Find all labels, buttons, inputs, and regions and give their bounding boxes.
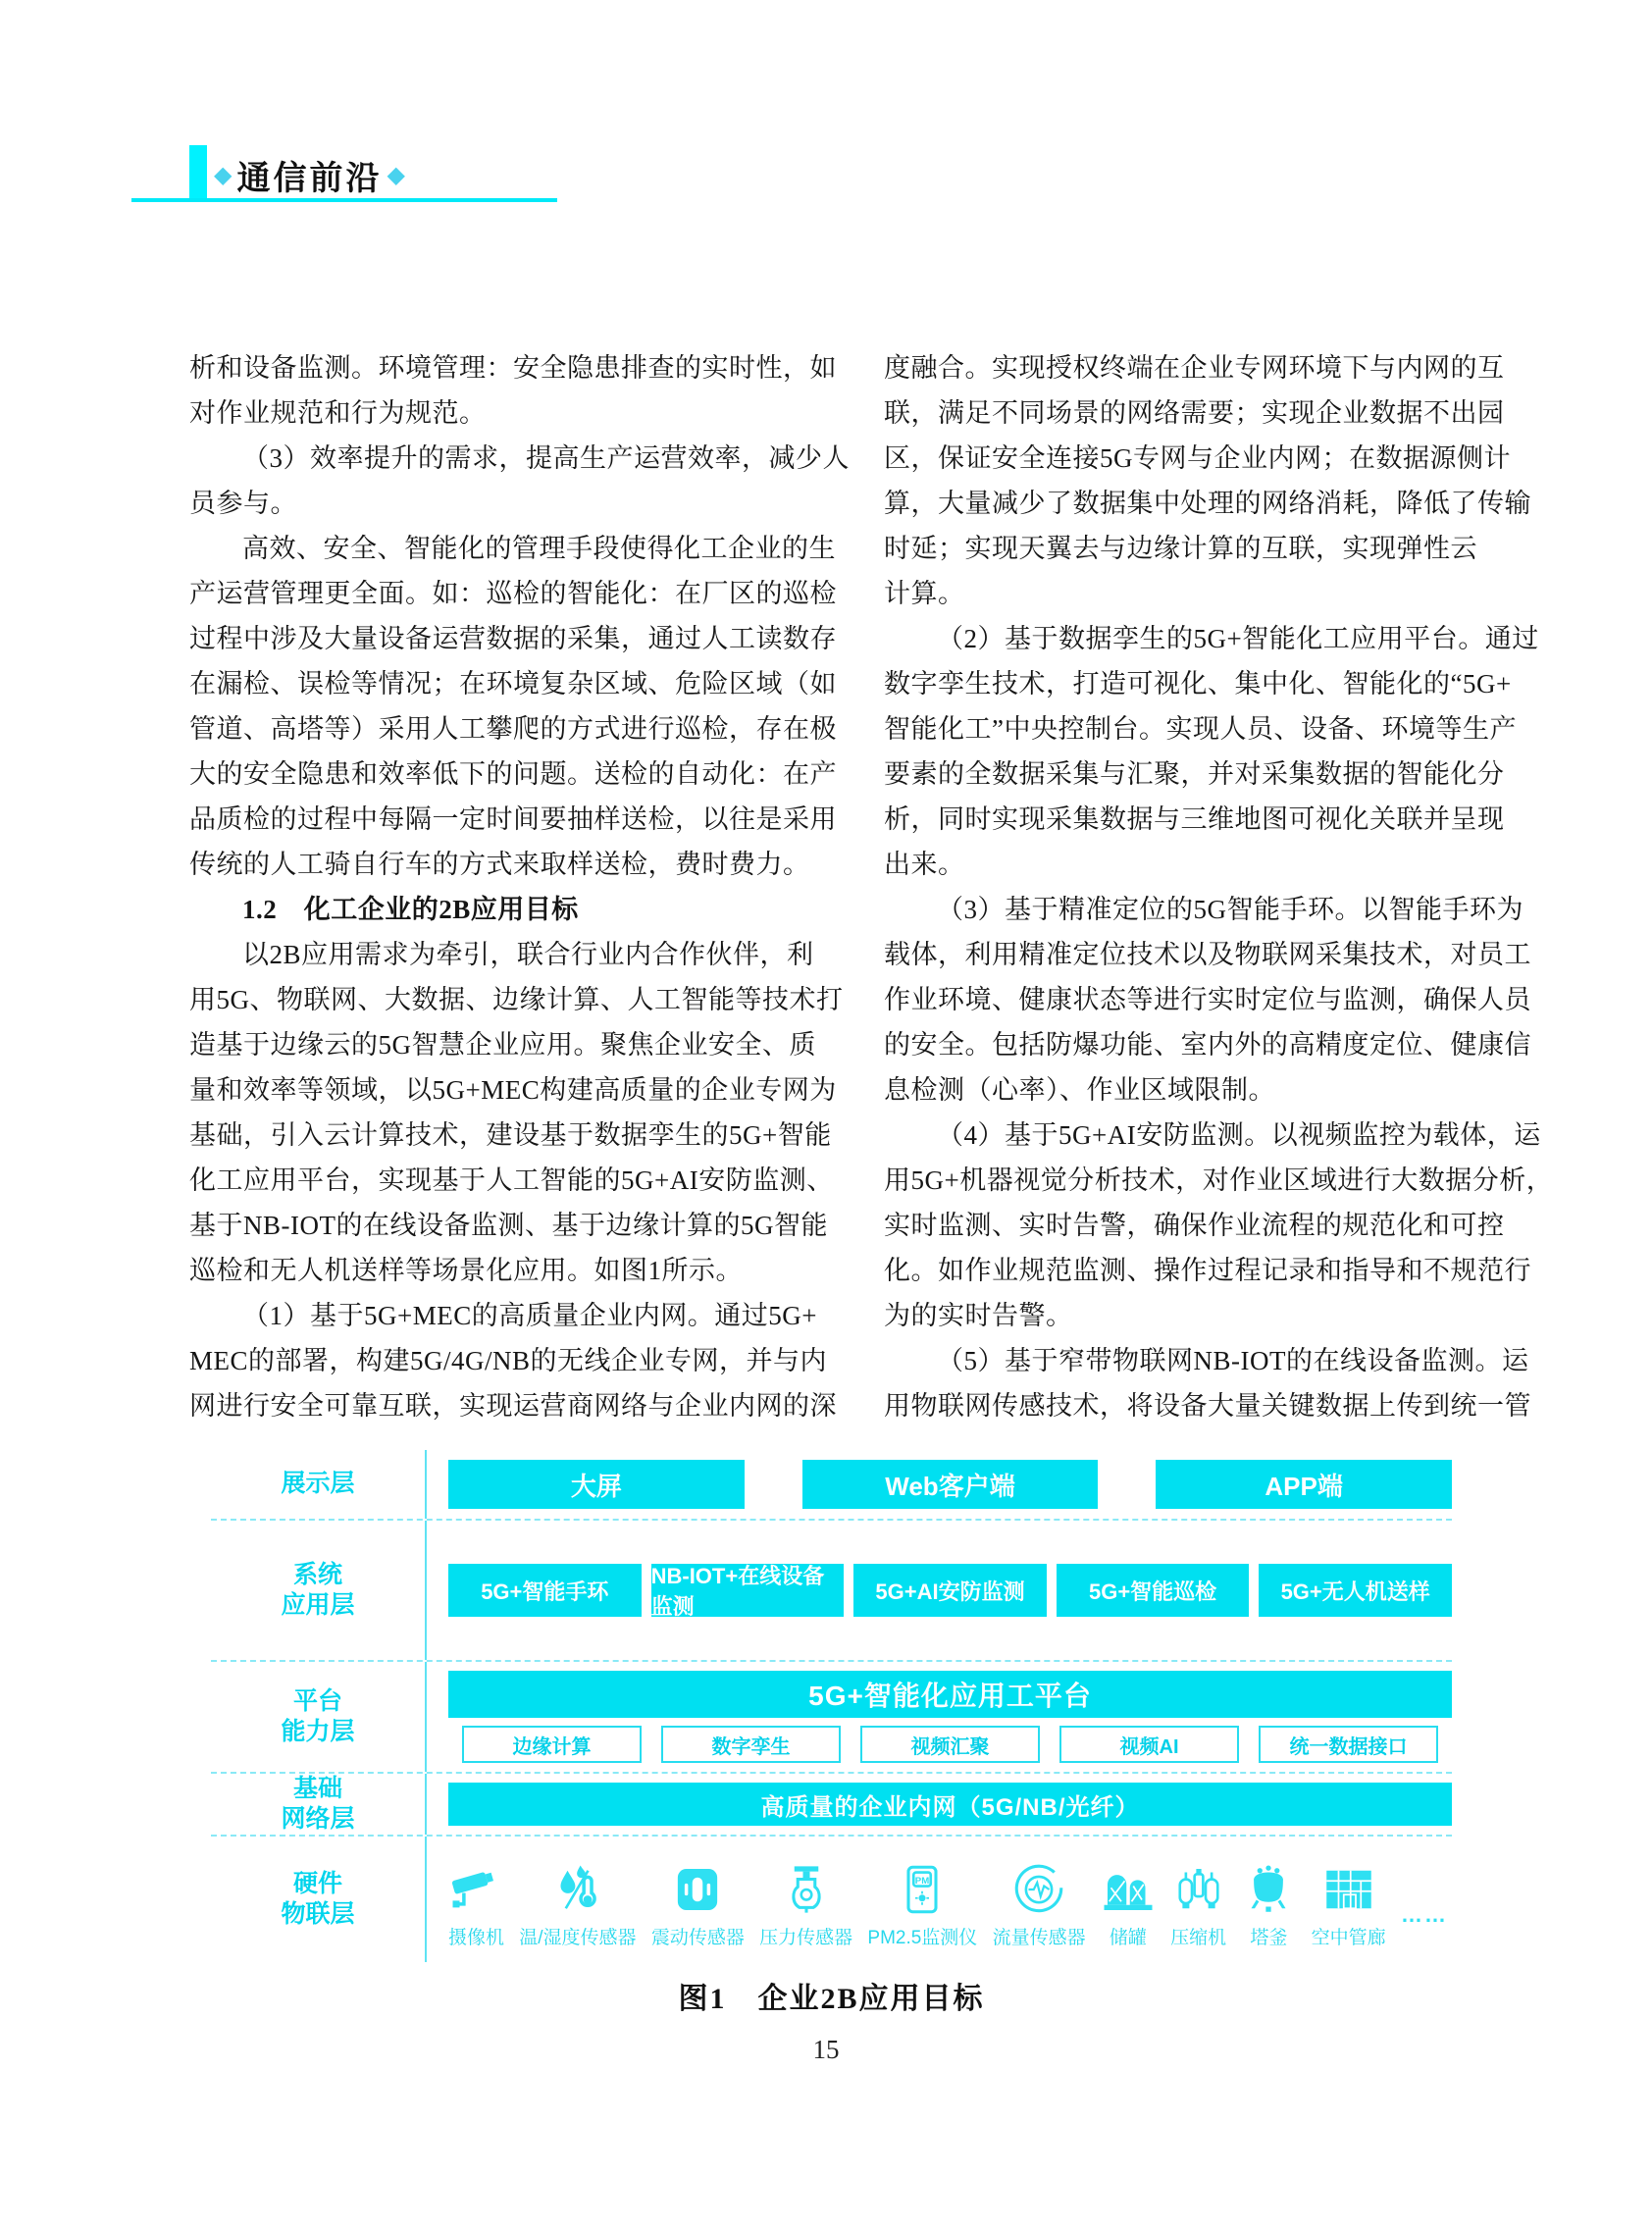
pm25-monitor-icon: PM xyxy=(895,1860,950,1919)
layer-box: 大屏 xyxy=(448,1460,745,1509)
text-line: （3）效率提升的需求，提高生产运营效率，减少人 xyxy=(189,436,833,481)
device-vibration-sensor: 震动传感器 xyxy=(651,1860,745,1949)
text-line: 造基于边缘云的5G智慧企业应用。聚焦企业安全、质 xyxy=(189,1022,833,1067)
network-bar: 高质量的企业内网（5G/NB/光纤） xyxy=(448,1783,1452,1826)
device-label: PM2.5监测仪 xyxy=(867,1923,977,1949)
page-header: ◆ 通信前沿 ◆ xyxy=(214,151,405,199)
layer-box: Web客户端 xyxy=(802,1460,1099,1509)
device-label: 压力传感器 xyxy=(759,1923,852,1949)
text-line: 传统的人工骑自行车的方式来取样送检，费时费力。 xyxy=(189,842,833,887)
text-line: 计算。 xyxy=(884,571,1527,616)
system-app-boxes: 5G+智能手环NB-IOT+在线设备监测5G+AI安防监测5G+智能巡检5G+无… xyxy=(448,1564,1452,1617)
text-line: 用5G、物联网、大数据、边缘计算、人工智能等技术打 xyxy=(189,977,833,1022)
device-label: 压缩机 xyxy=(1170,1923,1226,1949)
camera-icon xyxy=(449,1860,504,1919)
layer-row-hardware: 硬件物联层 摄像机温/湿度传感器震动传感器压力传感器PMPM2.5监测仪流量传感… xyxy=(211,1837,1452,1962)
text-line: MEC的部署，构建5G/4G/NB的无线企业专网，并与内 xyxy=(189,1338,833,1383)
layer-label-platform: 平台能力层 xyxy=(211,1662,425,1772)
text-line: 对作业规范和行为规范。 xyxy=(189,390,833,436)
layer-box: APP端 xyxy=(1156,1460,1452,1509)
text-line: 析和设备监测。环境管理：安全隐患排查的实时性，如 xyxy=(189,345,833,390)
platform-box: 5G+智能化应用工平台 xyxy=(448,1671,1452,1718)
layer-box: 5G+智能巡检 xyxy=(1057,1564,1250,1617)
device-pm25-monitor: PMPM2.5监测仪 xyxy=(867,1860,977,1949)
device-storage-tank: 储罐 xyxy=(1101,1860,1156,1949)
layer-box: 5G+智能手环 xyxy=(448,1564,642,1617)
text-line: （1）基于5G+MEC的高质量企业内网。通过5G+ xyxy=(189,1293,833,1338)
display-layer-boxes: 大屏Web客户端APP端 xyxy=(448,1460,1452,1509)
text-line: 在漏检、误检等情况；在环境复杂区域、危险区域（如 xyxy=(189,661,833,706)
header-underline xyxy=(131,198,557,202)
text-line: 用5G+机器视觉分析技术，对作业区域进行大数据分析， xyxy=(884,1158,1527,1203)
more-devices-ellipsis: …… xyxy=(1401,1902,1448,1928)
layer-box: NB-IOT+在线设备监测 xyxy=(651,1564,845,1617)
layer-label-system-apps: 系统应用层 xyxy=(211,1521,425,1660)
text-line: （5）基于窄带物联网NB-IOT的在线设备监测。运 xyxy=(884,1338,1527,1383)
text-line: 出来。 xyxy=(884,842,1527,887)
figure-caption: 图1 企业2B应用目标 xyxy=(211,1974,1452,2017)
compressor-icon xyxy=(1171,1860,1226,1919)
text-line: （3）基于精准定位的5G智能手环。以智能手环为 xyxy=(884,887,1527,932)
layer-box: 5G+AI安防监测 xyxy=(853,1564,1047,1617)
text-line: 巡检和无人机送样等场景化应用。如图1所示。 xyxy=(189,1248,833,1293)
temp-humidity-icon xyxy=(550,1860,605,1919)
capability-box: 边缘计算 xyxy=(462,1726,642,1763)
text-line: 载体，利用精准定位技术以及物联网采集技术，对员工 xyxy=(884,932,1527,977)
text-line: 过程中涉及大量设备运营数据的采集，通过人工读数存 xyxy=(189,616,833,661)
device-label: 储罐 xyxy=(1110,1923,1147,1949)
text-line: 区，保证安全连接5G专网与企业内网；在数据源侧计 xyxy=(884,436,1527,481)
text-line: 化工应用平台，实现基于人工智能的5G+AI安防监测、 xyxy=(189,1158,833,1203)
text-line: 时延；实现天翼去与边缘计算的互联，实现弹性云 xyxy=(884,526,1527,571)
text-line: 息检测（心率）、作业区域限制。 xyxy=(884,1067,1527,1113)
layer-row-network: 基础网络层 高质量的企业内网（5G/NB/光纤） xyxy=(211,1774,1452,1837)
platform-capability-boxes: 边缘计算数字孪生视频汇聚视频AI统一数据接口 xyxy=(448,1718,1452,1763)
text-line: （2）基于数据孪生的5G+智能化工应用平台。通过 xyxy=(884,616,1527,661)
text-line: 度融合。实现授权终端在企业专网环境下与内网的互 xyxy=(884,345,1527,390)
hardware-devices: 摄像机温/湿度传感器震动传感器压力传感器PMPM2.5监测仪流量传感器储罐压缩机… xyxy=(448,1850,1452,1949)
article-body: 析和设备监测。环境管理：安全隐患排查的实时性，如对作业规范和行为规范。（3）效率… xyxy=(189,345,1527,1428)
layer-label-network: 基础网络层 xyxy=(211,1774,425,1835)
text-line: 网进行安全可靠互联，实现运营商网络与企业内网的深 xyxy=(189,1383,833,1428)
text-line: 以2B应用需求为牵引，联合行业内合作伙伴，利 xyxy=(189,932,833,977)
text-line: 量和效率等领域，以5G+MEC构建高质量的企业专网为 xyxy=(189,1067,833,1113)
reactor-kettle-icon xyxy=(1241,1860,1296,1919)
text-line: 员参与。 xyxy=(189,481,833,526)
device-reactor-kettle: 塔釜 xyxy=(1241,1860,1296,1949)
flow-sensor-icon xyxy=(1011,1860,1066,1919)
device-temp-humidity: 温/湿度传感器 xyxy=(519,1860,636,1949)
text-line: 的安全。包括防爆功能、室内外的高精度定位、健康信 xyxy=(884,1022,1527,1067)
device-pressure-sensor: 压力传感器 xyxy=(759,1860,852,1949)
text-line: 智能化工”中央控制台。实现人员、设备、环境等生产 xyxy=(884,706,1527,751)
figure-diagram: 展示层 大屏Web客户端APP端 系统应用层 5G+智能手环NB-IOT+在线设… xyxy=(211,1450,1452,1962)
text-line: （4）基于5G+AI安防监测。以视频监控为载体，运 xyxy=(884,1113,1527,1158)
text-line: 要素的全数据采集与汇聚，并对采集数据的智能化分 xyxy=(884,751,1527,797)
text-line: 高效、安全、智能化的管理手段使得化工企业的生 xyxy=(189,526,833,571)
device-label: 震动传感器 xyxy=(651,1923,745,1949)
device-label: 流量传感器 xyxy=(993,1923,1086,1949)
layer-row-system-apps: 系统应用层 5G+智能手环NB-IOT+在线设备监测5G+AI安防监测5G+智能… xyxy=(211,1521,1452,1662)
capability-box: 视频汇聚 xyxy=(860,1726,1040,1763)
text-line: 管道、高塔等）采用人工攀爬的方式进行巡检，存在极 xyxy=(189,706,833,751)
device-label: 空中管廊 xyxy=(1312,1923,1386,1949)
left-column: 析和设备监测。环境管理：安全隐患排查的实时性，如对作业规范和行为规范。（3）效率… xyxy=(189,345,833,1428)
header-accent-bar xyxy=(189,145,207,198)
layer-row-display: 展示层 大屏Web客户端APP端 xyxy=(211,1450,1452,1521)
diamond-icon: ◆ xyxy=(214,164,232,187)
device-camera: 摄像机 xyxy=(448,1860,504,1949)
text-line: 为的实时告警。 xyxy=(884,1293,1527,1338)
text-line: 化。如作业规范监测、操作过程记录和指导和不规范行 xyxy=(884,1248,1527,1293)
storage-tank-icon xyxy=(1101,1860,1156,1919)
layer-box: 5G+无人机送样 xyxy=(1259,1564,1452,1617)
device-flow-sensor: 流量传感器 xyxy=(993,1860,1086,1949)
device-compressor: 压缩机 xyxy=(1170,1860,1226,1949)
pressure-sensor-icon xyxy=(779,1860,834,1919)
column-title: 通信前沿 xyxy=(236,151,382,199)
text-line: 品质检的过程中每隔一定时间要抽样送检，以往是采用 xyxy=(189,797,833,842)
right-column: 度融合。实现授权终端在企业专网环境下与内网的互联，满足不同场景的网络需要；实现企… xyxy=(884,345,1527,1428)
journal-page: ◆ 通信前沿 ◆ 析和设备监测。环境管理：安全隐患排查的实时性，如对作业规范和行… xyxy=(0,0,1652,2226)
vibration-sensor-icon xyxy=(670,1860,725,1919)
section-heading: 1.2 化工企业的2B应用目标 xyxy=(189,887,833,932)
text-line: 基于NB-IOT的在线设备监测、基于边缘计算的5G智能 xyxy=(189,1203,833,1248)
diamond-icon: ◆ xyxy=(387,164,404,187)
text-line: 数字孪生技术，打造可视化、集中化、智能化的“5G+ xyxy=(884,661,1527,706)
capability-box: 统一数据接口 xyxy=(1259,1726,1438,1763)
layer-row-platform: 平台能力层 5G+智能化应用工平台 边缘计算数字孪生视频汇聚视频AI统一数据接口 xyxy=(211,1662,1452,1774)
text-line: 实时监测、实时告警，确保作业流程的规范化和可控 xyxy=(884,1203,1527,1248)
text-line: 基础，引入云计算技术，建设基于数据孪生的5G+智能 xyxy=(189,1113,833,1158)
text-line: 作业环境、健康状态等进行实时定位与监测，确保人员 xyxy=(884,977,1527,1022)
layer-label-hardware: 硬件物联层 xyxy=(211,1837,425,1962)
capability-box: 视频AI xyxy=(1059,1726,1239,1763)
text-line: 大的安全隐患和效率低下的问题。送检的自动化：在产 xyxy=(189,751,833,797)
text-line: 用物联网传感技术，将设备大量关键数据上传到统一管 xyxy=(884,1383,1527,1428)
device-label: 塔釜 xyxy=(1250,1923,1287,1949)
device-label: 摄像机 xyxy=(448,1923,504,1949)
text-line: 析，同时实现采集数据与三维地图可视化关联并呈现 xyxy=(884,797,1527,842)
pipe-rack-icon xyxy=(1321,1860,1376,1919)
device-pipe-rack: 空中管廊 xyxy=(1312,1860,1386,1949)
layer-label-display: 展示层 xyxy=(211,1450,425,1519)
page-number: 15 xyxy=(0,2035,1652,2065)
capability-box: 数字孪生 xyxy=(661,1726,841,1763)
device-label: 温/湿度传感器 xyxy=(519,1923,636,1949)
text-line: 算，大量减少了数据集中处理的网络消耗，降低了传输 xyxy=(884,481,1527,526)
text-line: 联，满足不同场景的网络需要；实现企业数据不出园 xyxy=(884,390,1527,436)
text-line: 产运营管理更全面。如：巡检的智能化：在厂区的巡检 xyxy=(189,571,833,616)
svg-text:PM: PM xyxy=(915,1875,929,1886)
